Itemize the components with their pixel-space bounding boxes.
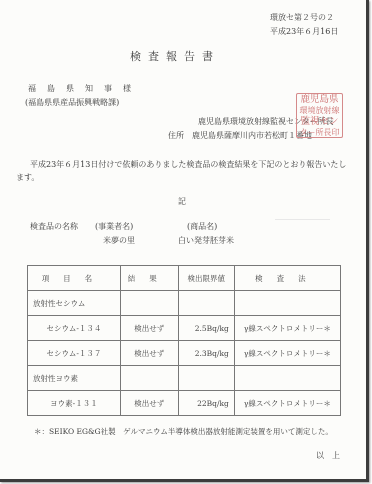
cell-method: γ線スペクトロメトリー＊ xyxy=(234,341,340,366)
document-title: 検査報告書 xyxy=(130,52,220,62)
cell-method xyxy=(234,291,340,316)
product-name-header: (商品名) xyxy=(187,222,217,232)
table-row: セシウム-１３４ 検出せず 2.5Bq/kg γ線スペクトロメトリー＊ xyxy=(28,316,341,341)
cell-result xyxy=(120,366,178,391)
table-row: セシウム-１３７ 検出せず 2.3Bq/kg γ線スペクトロメトリー＊ xyxy=(28,341,341,366)
header-method: 検査法 xyxy=(234,266,340,291)
header-detection-limit: 検出限界値 xyxy=(178,266,234,291)
seal-line: 鹿児島県 xyxy=(297,94,342,105)
footnote: ＊：SEIKO EG&G社製 ゲルマニウム半導体検出器放射能測定装置を用いて測定… xyxy=(34,427,333,437)
header-result: 結果 xyxy=(120,266,178,291)
product-name-value: 白い発芽胚芽米 xyxy=(178,236,234,246)
item-name-label: 検査品の名称 xyxy=(30,222,78,232)
cell-method xyxy=(234,366,340,391)
body-text-line-1: 平成23年６月13日付けで依頼のありました検査品の検査結果を下記のとおり報告いた… xyxy=(30,160,346,170)
faint-scan-line xyxy=(275,219,330,220)
cell-result: 検出せず xyxy=(120,316,178,341)
table-header-row: 項目名 結果 検出限界値 検査法 xyxy=(28,266,341,291)
ki-heading: 記 xyxy=(178,197,186,207)
addressee-name: 福島県知事様 xyxy=(28,84,142,94)
document-number: 環放セ第２号の２ xyxy=(270,13,334,23)
cell-result: 検出せず xyxy=(120,341,178,366)
cell-method: γ線スペクトロメトリー＊ xyxy=(234,316,340,341)
closing-mark: 以上 xyxy=(316,451,348,461)
cell-result: 検出せず xyxy=(120,391,178,416)
results-table: 項目名 結果 検出限界値 検査法 放射性セシウム セシウム-１３４ 検出せず 2… xyxy=(27,265,341,416)
header-item-name: 項目名 xyxy=(28,266,121,291)
cell-item-name: 放射性ヨウ素 xyxy=(28,366,121,391)
body-text-line-2: ます。 xyxy=(16,173,39,183)
document-page: 環放セ第２号の２ 平成23年６月16日 検査報告書 福島県知事様 (福島県県産品… xyxy=(0,0,369,482)
cell-method: γ線スペクトロメトリー＊ xyxy=(234,391,340,416)
cell-limit xyxy=(178,291,234,316)
cell-limit: 2.3Bq/kg xyxy=(178,341,234,366)
business-name-header: (事業者名) xyxy=(95,222,133,232)
seal-line: 監視セン xyxy=(297,116,342,127)
cell-result xyxy=(120,291,178,316)
official-seal-stamp: 鹿児島県 環境放射線 監視セン ター所長印 xyxy=(296,93,343,138)
table-row: 放射性セシウム xyxy=(28,291,341,316)
sender-address: 住所 鹿児島県薩摩川内市若松町１番地 xyxy=(168,131,312,141)
document-date: 平成23年６月16日 xyxy=(270,27,338,37)
cell-item-name: セシウム-１３４ xyxy=(28,316,121,341)
seal-line: 環境放射線 xyxy=(297,105,342,116)
cell-limit: 2.5Bq/kg xyxy=(178,316,234,341)
business-name-value: 米夢の里 xyxy=(103,236,135,246)
cell-item-name: 放射性セシウム xyxy=(28,291,121,316)
cell-limit xyxy=(178,366,234,391)
table-row: 放射性ヨウ素 xyxy=(28,366,341,391)
addressee-department: (福島県県産品振興戦略課) xyxy=(25,98,119,108)
cell-item-name: ヨウ素-１３１ xyxy=(28,391,121,416)
table-row: ヨウ素-１３１ 検出せず 22Bq/kg γ線スペクトロメトリー＊ xyxy=(28,391,341,416)
seal-line: ター所長印 xyxy=(297,127,342,138)
cell-item-name: セシウム-１３７ xyxy=(28,341,121,366)
cell-limit: 22Bq/kg xyxy=(178,391,234,416)
